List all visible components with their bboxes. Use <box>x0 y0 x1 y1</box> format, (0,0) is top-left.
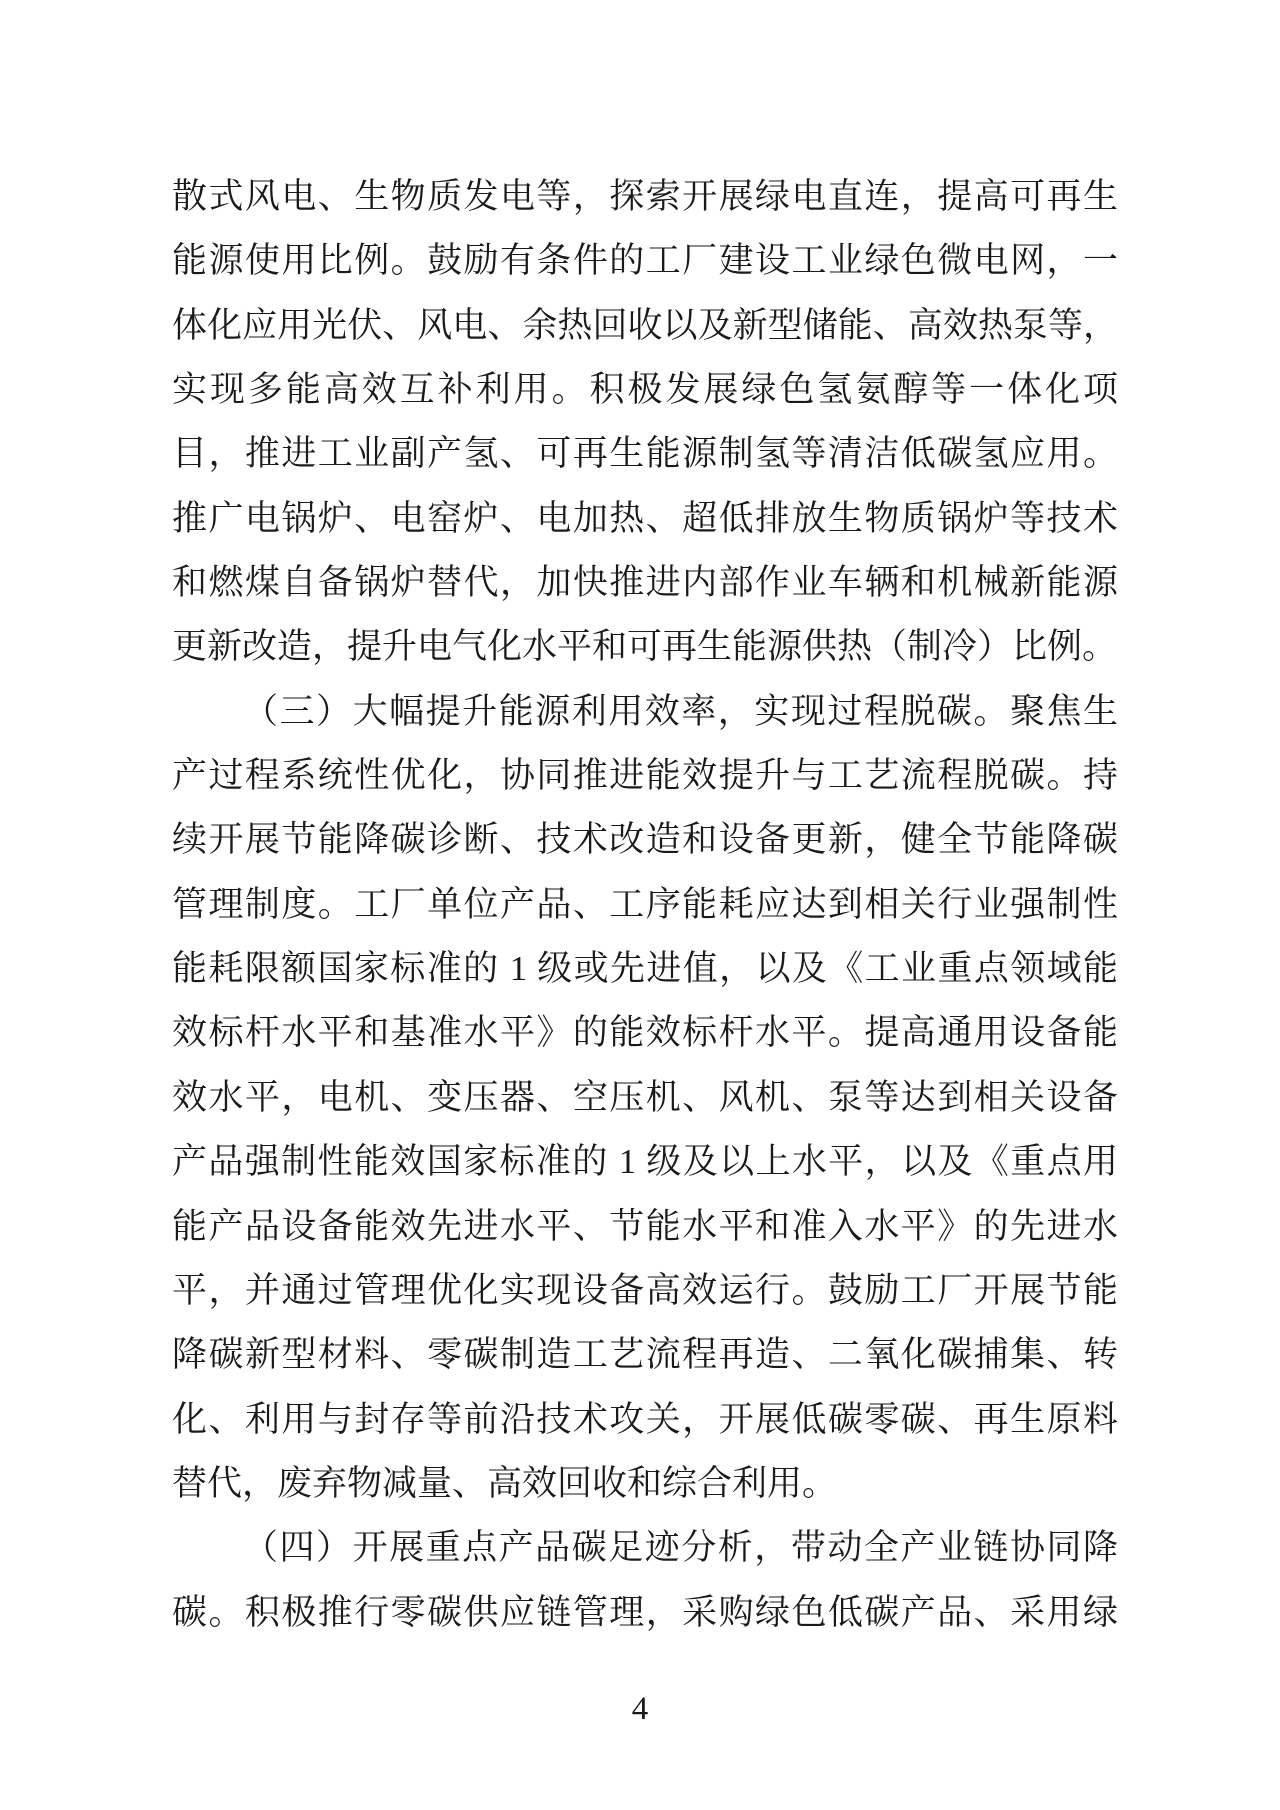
text-line: 产品强制性能效国家标准的 1 级及以上水平，以及《重点用 <box>172 1130 1118 1194</box>
text-line: 推广电锅炉、电窑炉、电加热、超低排放生物质锅炉等技术 <box>172 487 1118 551</box>
text-line: （四）开展重点产品碳足迹分析，带动全产业链协同降 <box>172 1516 1118 1580</box>
page-number: 4 <box>0 1690 1280 1728</box>
text-line: 能产品设备能效先进水平、节能水平和准入水平》的先进水 <box>172 1195 1118 1259</box>
text-line: 碳。积极推行零碳供应链管理，采购绿色低碳产品、采用绿 <box>172 1581 1118 1645</box>
text-line: 产过程系统性优化，协同推进能效提升与工艺流程脱碳。持 <box>172 744 1118 808</box>
paragraph: （三）大幅提升能源利用效率，实现过程脱碳。聚焦生产过程系统性优化，协同推进能效提… <box>172 680 1118 1516</box>
text-line: 能源使用比例。鼓励有条件的工厂建设工业绿色微电网，一 <box>172 229 1118 293</box>
text-line: 平，并通过管理优化实现设备高效运行。鼓励工厂开展节能 <box>172 1259 1118 1323</box>
text-line: 散式风电、生物质发电等，探索开展绿电直连，提高可再生 <box>172 165 1118 229</box>
paragraph: 散式风电、生物质发电等，探索开展绿电直连，提高可再生能源使用比例。鼓励有条件的工… <box>172 165 1118 680</box>
text-line: 效标杆水平和基准水平》的能效标杆水平。提高通用设备能 <box>172 1001 1118 1065</box>
text-line: 实现多能高效互补利用。积极发展绿色氢氨醇等一体化项 <box>172 358 1118 422</box>
page: 散式风电、生物质发电等，探索开展绿电直连，提高可再生能源使用比例。鼓励有条件的工… <box>0 0 1280 1810</box>
text-line: 效水平，电机、变压器、空压机、风机、泵等达到相关设备 <box>172 1066 1118 1130</box>
text-line: 替代，废弃物减量、高效回收和综合利用。 <box>172 1452 1118 1516</box>
document-body: 散式风电、生物质发电等，探索开展绿电直连，提高可再生能源使用比例。鼓励有条件的工… <box>172 165 1118 1645</box>
paragraph: （四）开展重点产品碳足迹分析，带动全产业链协同降碳。积极推行零碳供应链管理，采购… <box>172 1516 1118 1645</box>
text-line: 体化应用光伏、风电、余热回收以及新型储能、高效热泵等， <box>172 294 1118 358</box>
document-page: { "document": { "language": "zh-CN", "pa… <box>0 0 1280 1810</box>
text-line: 化、利用与封存等前沿技术攻关，开展低碳零碳、再生原料 <box>172 1388 1118 1452</box>
text-line: 管理制度。工厂单位产品、工序能耗应达到相关行业强制性 <box>172 873 1118 937</box>
text-line: 续开展节能降碳诊断、技术改造和设备更新，健全节能降碳 <box>172 808 1118 872</box>
text-line: 目，推进工业副产氢、可再生能源制氢等清洁低碳氢应用。 <box>172 422 1118 486</box>
text-line: 能耗限额国家标准的 1 级或先进值，以及《工业重点领域能 <box>172 937 1118 1001</box>
text-line: 降碳新型材料、零碳制造工艺流程再造、二氧化碳捕集、转 <box>172 1323 1118 1387</box>
text-line: 和燃煤自备锅炉替代，加快推进内部作业车辆和机械新能源 <box>172 551 1118 615</box>
text-line: （三）大幅提升能源利用效率，实现过程脱碳。聚焦生 <box>172 680 1118 744</box>
text-line: 更新改造，提升电气化水平和可再生能源供热（制冷）比例。 <box>172 615 1118 679</box>
